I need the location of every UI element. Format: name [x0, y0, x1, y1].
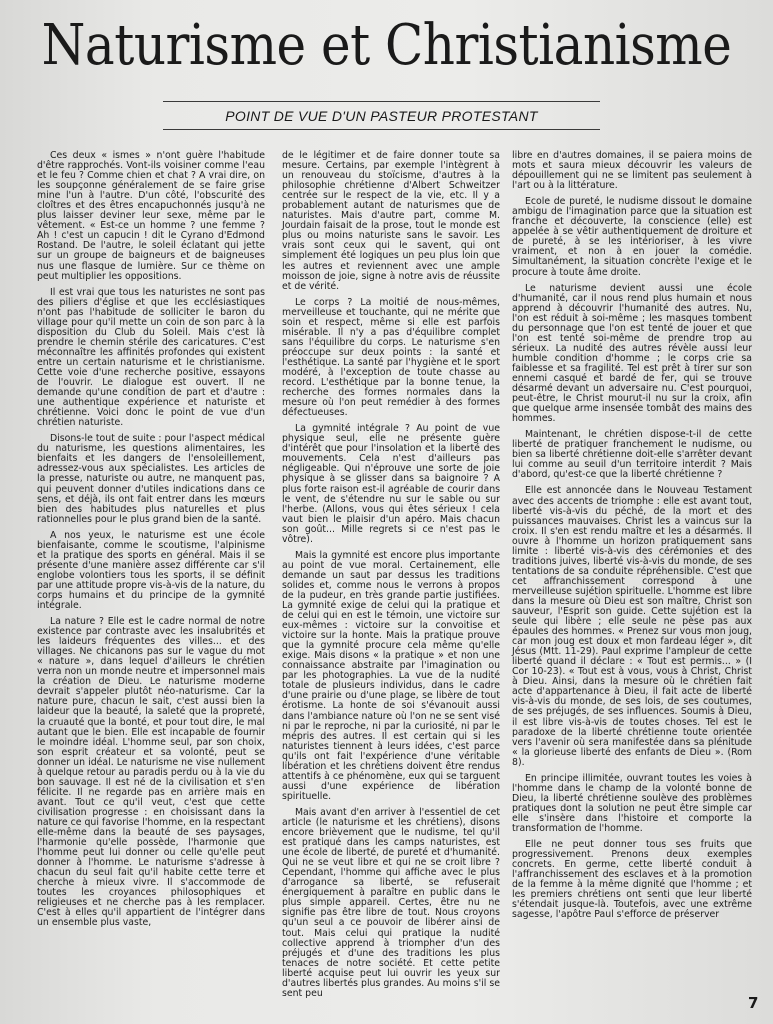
- paragraph: Mais la gymnité est encore plus importan…: [282, 551, 500, 802]
- page-number: 7: [748, 994, 758, 1012]
- paragraph: Disons-le tout de suite : pour l'aspect …: [37, 434, 265, 524]
- paragraph: Le corps ? La moitié de nous-mêmes, merv…: [282, 298, 500, 419]
- paragraph: Ces deux « ismes » n'ont guère l'habitud…: [37, 151, 265, 282]
- text-column-1: Ces deux « ismes » n'ont guère l'habitud…: [37, 151, 265, 935]
- text-column-2: de le légitimer et de faire donner toute…: [282, 151, 500, 1005]
- paragraph: La gymnité intégrale ? Au point de vue p…: [282, 424, 500, 545]
- paragraph: Elle ne peut donner tous ses fruits que …: [512, 840, 752, 920]
- paragraph: Ecole de pureté, le nudisme dissout le d…: [512, 197, 752, 277]
- paragraph: En principe illimitée, ouvrant toutes le…: [512, 774, 752, 834]
- text-column-3: libre en d'autres domaines, il se paiera…: [512, 151, 752, 926]
- paragraph: La nature ? Elle est le cadre normal de …: [37, 617, 265, 928]
- paragraph-continued: de le légitimer et de faire donner toute…: [282, 151, 500, 292]
- paragraph: Il est vrai que tous les naturistes ne s…: [37, 288, 265, 429]
- paragraph: Mais avant d'en arriver à l'essentiel de…: [282, 808, 500, 999]
- paragraph: Elle est annoncée dans le Nouveau Testam…: [512, 486, 752, 767]
- paragraph: Le naturisme devient aussi une école d'h…: [512, 284, 752, 425]
- paragraph-continued: libre en d'autres domaines, il se paiera…: [512, 151, 752, 191]
- paragraph: A nos yeux, le naturisme est une école b…: [37, 531, 265, 611]
- paragraph: Maintenant, le chrétien dispose-t-il de …: [512, 430, 752, 480]
- subtitle-banner: POINT DE VUE D'UN PASTEUR PROTESTANT: [163, 101, 600, 130]
- article-title: Naturisme et Christianisme: [0, 17, 773, 73]
- article-subtitle: POINT DE VUE D'UN PASTEUR PROTESTANT: [225, 108, 537, 124]
